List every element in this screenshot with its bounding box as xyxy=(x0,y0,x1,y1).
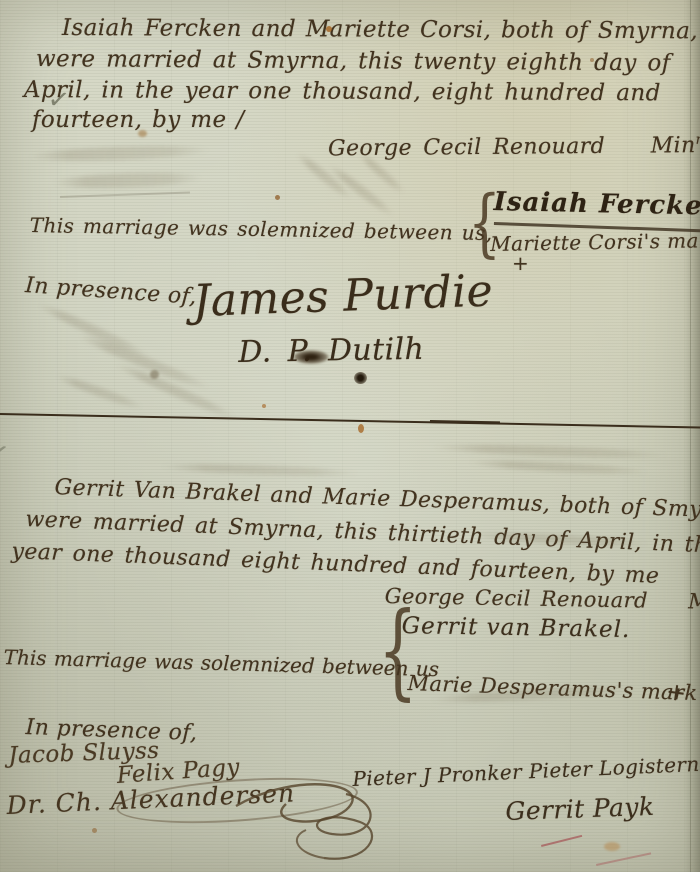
page-edge-crease xyxy=(690,0,691,872)
record2-witness-signature: Pieter J Pronker Pieter Logisternak xyxy=(352,752,700,790)
bleedthrough-mark xyxy=(55,372,145,412)
record-divider-thick-spot xyxy=(430,420,500,424)
record1-officiant-title: Min xyxy=(651,133,696,158)
ink-blot xyxy=(150,370,159,379)
record-divider-line xyxy=(0,413,700,428)
record1-witness-signature: D. P. Dutilh xyxy=(238,333,425,369)
bleedthrough-mark xyxy=(28,144,210,163)
bleedthrough-mark xyxy=(76,330,212,393)
red-pencil-dash xyxy=(541,835,582,847)
record1-presence-line: In presence of, xyxy=(24,274,197,310)
record1-officiant-signature: George Cecil Renouard Minr: xyxy=(328,133,700,162)
record1-body-line: were married at Smyrna, this twenty eigh… xyxy=(36,47,671,77)
record1-body-line: fourteen, by me / xyxy=(32,108,244,133)
bleedthrough-underline xyxy=(60,191,190,198)
foxing-spot xyxy=(138,130,147,137)
foxing-spot xyxy=(590,58,594,62)
register-page: ✓ ✓ Isaiah Fercken and Mariette Corsi, b… xyxy=(0,0,700,872)
signature-flourish-loops xyxy=(228,778,388,872)
record2-bride-mark-cross: + xyxy=(664,678,688,707)
record1-body-line: April, in the year one thousand, eight h… xyxy=(24,78,661,107)
record1-bride-mark-cross: + xyxy=(512,252,529,274)
record2-officiant-signature: George Cecil Renouard Minr: xyxy=(385,585,700,614)
margin-checkmark-icon: ✓ xyxy=(0,434,13,472)
record1-groom-signature: Isaiah Fercken xyxy=(493,188,700,221)
record2-witness-signature: Gerrit Payk xyxy=(505,793,655,826)
ink-blot xyxy=(354,372,367,384)
bleedthrough-mark xyxy=(468,458,650,477)
foxing-spot xyxy=(604,842,620,851)
record1-body-line: Isaiah Fercken and Mariette Corsi, both … xyxy=(62,16,698,45)
foxing-spot xyxy=(262,404,266,408)
record2-groom-signature: Gerrit van Brakel. xyxy=(402,614,631,643)
foxing-spot xyxy=(275,195,280,200)
foxing-spot xyxy=(358,424,364,433)
record1-solemnized-line: This marriage was solemnized between us, xyxy=(30,214,493,244)
red-pencil-dash xyxy=(596,852,651,866)
bleedthrough-mark xyxy=(52,171,202,190)
record2-officiant-title: Min xyxy=(688,589,700,614)
ink-blot xyxy=(293,350,329,364)
record1-witness-signature: James Purdie xyxy=(192,268,494,327)
foxing-spot xyxy=(92,828,97,833)
record2-solemnized-line: This marriage was solemnized between us xyxy=(3,646,439,680)
bleedthrough-mark xyxy=(160,462,360,478)
bleedthrough-mark xyxy=(432,442,670,460)
foxing-spot xyxy=(326,26,332,32)
